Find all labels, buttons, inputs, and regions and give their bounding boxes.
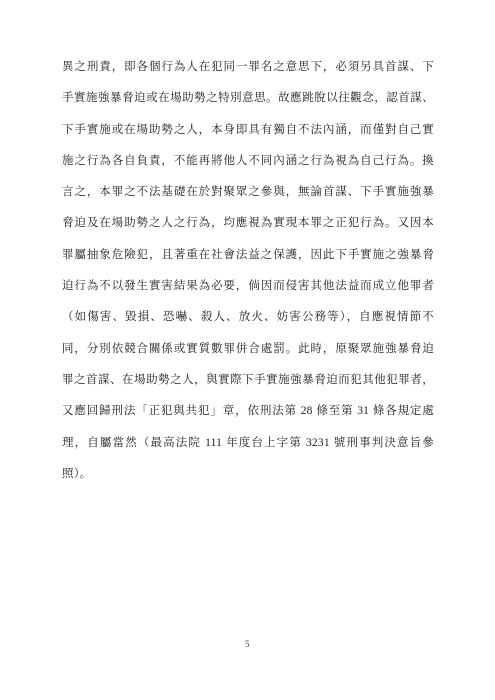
text-line: 照）。 (62, 459, 434, 490)
page-number: 5 (0, 639, 495, 649)
text-line: 迫行為不以發生實害結果為必要，倘因而侵害其他法益而成立他罪者 (62, 271, 434, 302)
text-line: （如傷害、毀損、恐嚇、殺人、放火、妨害公務等），自應視情節不 (62, 302, 434, 333)
text-line: 同，分別依競合關係或實質數罪併合處罰。此時，原聚眾施強暴脅迫 (62, 334, 434, 365)
text-line: 理，自屬當然（最高法院 111 年度台上字第 3231 號刑事判決意旨參 (62, 428, 434, 459)
text-line: 施之行為各自負責，不能再將他人不同內涵之行為視為自己行為。換 (62, 146, 434, 177)
text-line: 言之，本罪之不法基礎在於對聚眾之參與，無論首謀、下手實施強暴 (62, 177, 434, 208)
text-line: 脅迫及在場助勢之人之行為，均應視為實現本罪之正犯行為。又因本 (62, 208, 434, 239)
text-line: 罪屬抽象危險犯，且著重在社會法益之保護，因此下手實施之強暴脅 (62, 240, 434, 271)
text-line: 下手實施或在場助勢之人，本身即具有獨自不法內涵，而僅對自己實 (62, 115, 434, 146)
document-page: 異之刑責，即各個行為人在犯同一罪名之意思下，必須另具首謀、下 手實施強暴脅迫或在… (0, 0, 495, 700)
text-line: 罪之首謀、在場助勢之人，與實際下手實施強暴脅迫而犯其他犯罪者， (62, 365, 434, 396)
text-line: 異之刑責，即各個行為人在犯同一罪名之意思下，必須另具首謀、下 (62, 52, 434, 83)
body-text: 異之刑責，即各個行為人在犯同一罪名之意思下，必須另具首謀、下 手實施強暴脅迫或在… (62, 52, 434, 490)
text-line: 手實施強暴脅迫或在場助勢之特別意思。故應跳脫以往觀念，認首謀、 (62, 83, 434, 114)
text-line: 又應回歸刑法「正犯與共犯」章，依刑法第 28 條至第 31 條各規定處 (62, 396, 434, 427)
